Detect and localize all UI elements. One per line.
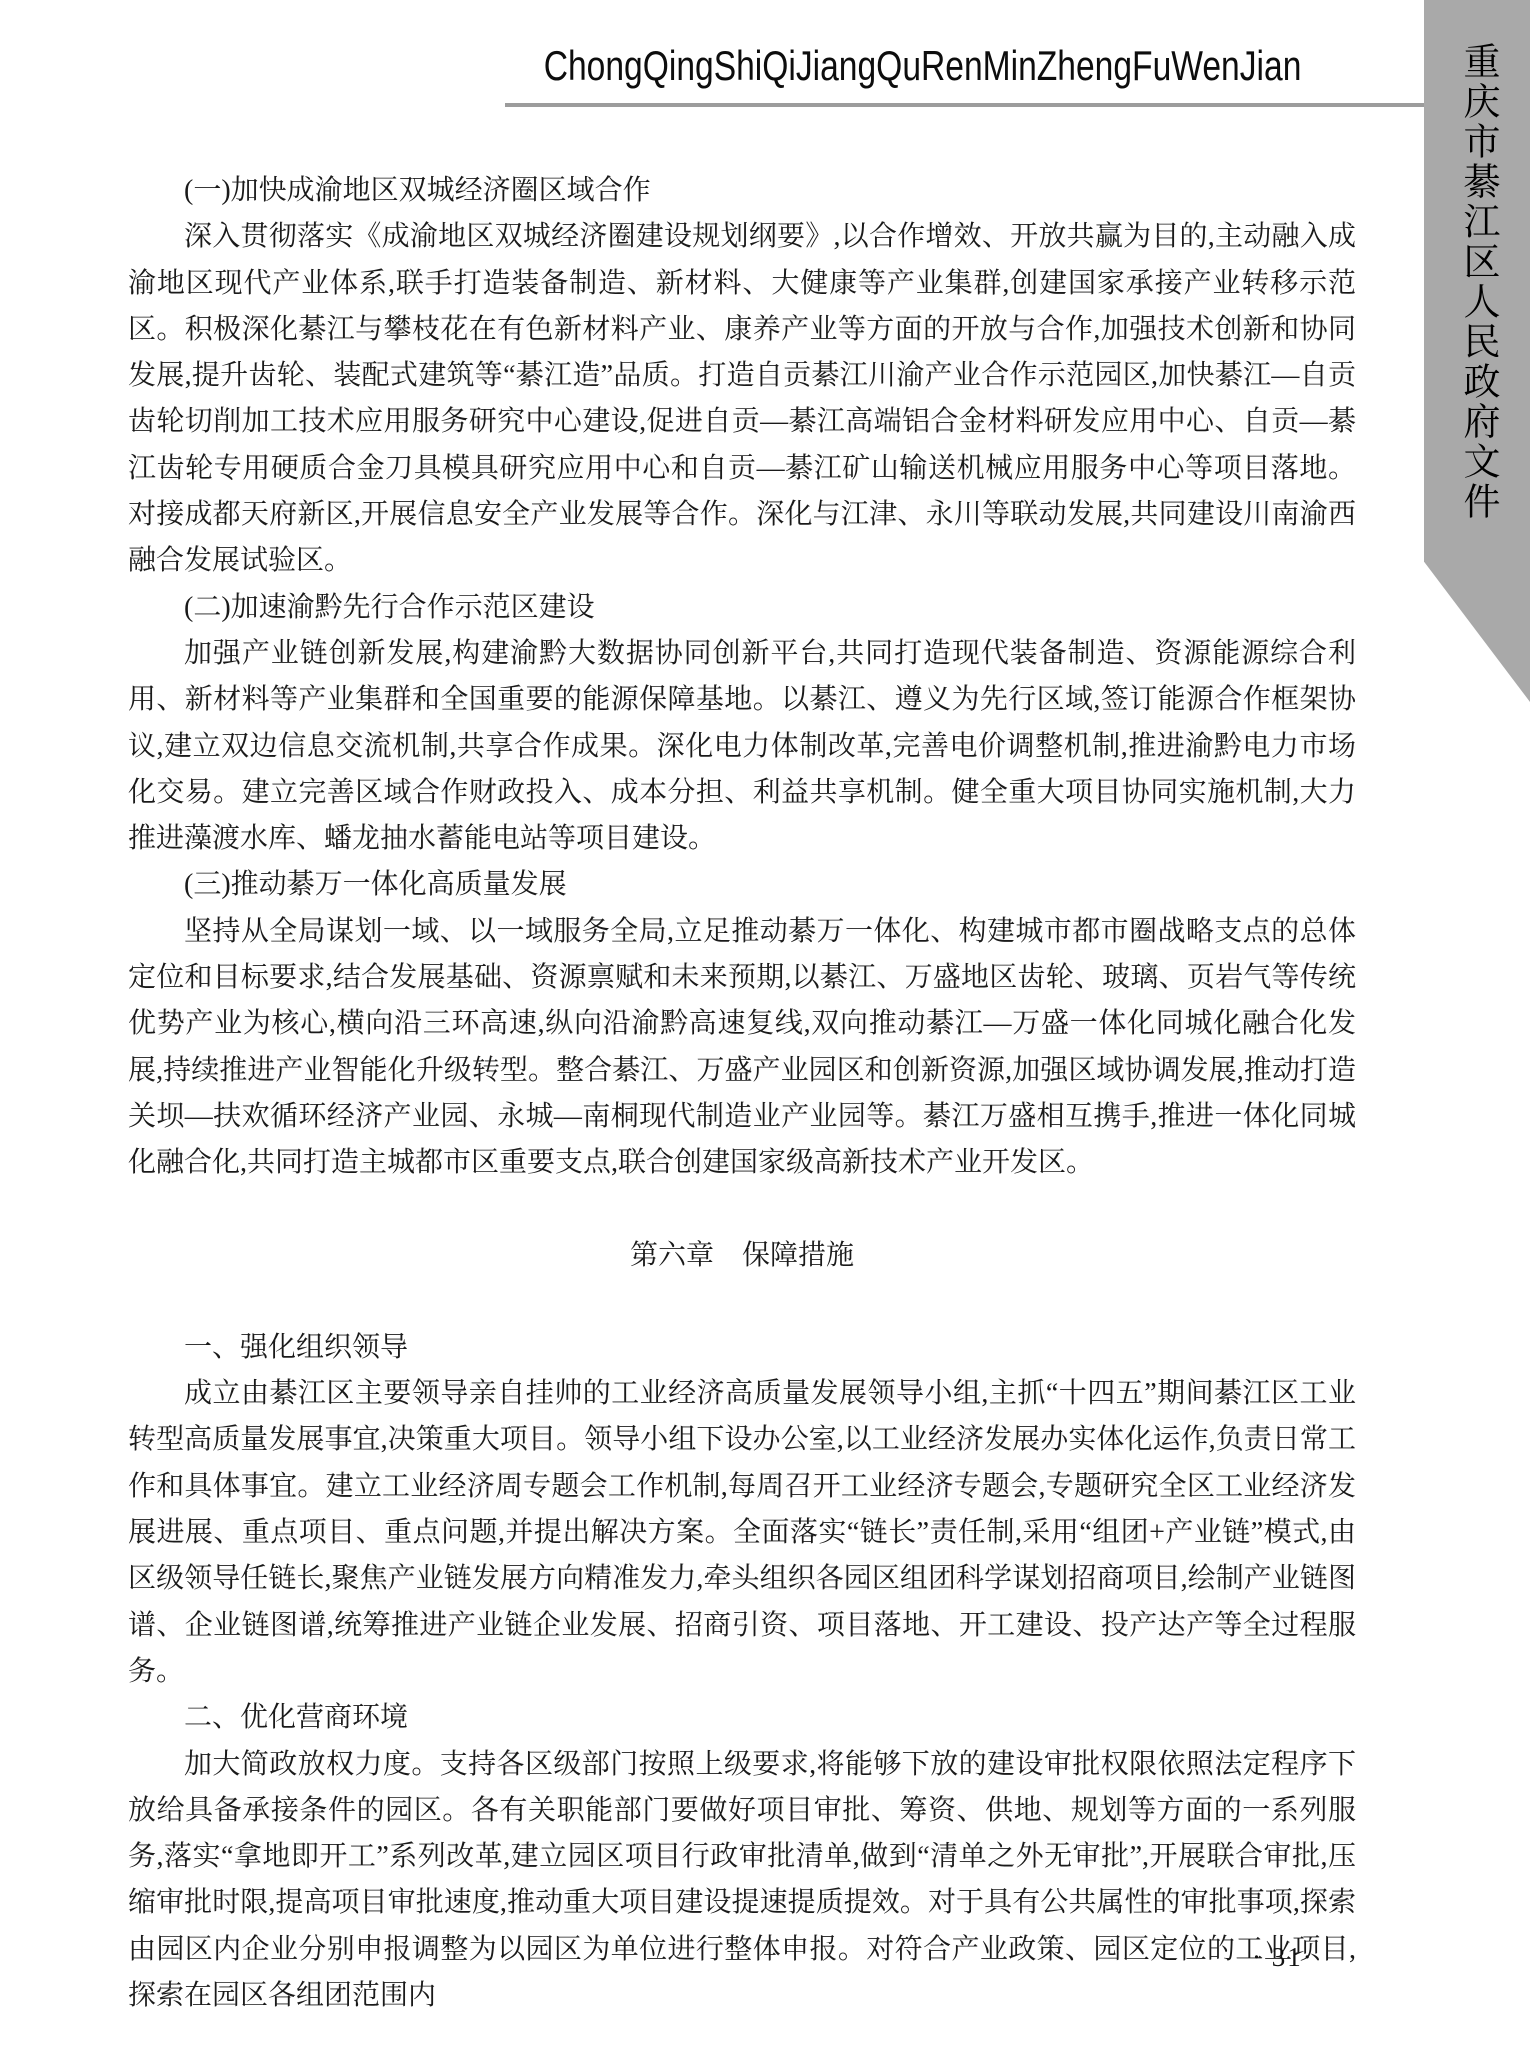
text-block: 一、强化组织领导 bbox=[128, 1325, 1356, 1371]
text-block: 二、优化营商环境 bbox=[128, 1695, 1356, 1741]
document-page: ChongQingShiQiJiangQuRenMinZhengFuWenJia… bbox=[0, 0, 1530, 2062]
header-pinyin-title: ChongQingShiQiJiangQuRenMinZhengFuWenJia… bbox=[544, 42, 1302, 90]
text-block: (三)推动綦万一体化高质量发展 bbox=[128, 862, 1356, 908]
text-block: 深入贯彻落实《成渝地区双城经济圈建设规划纲要》,以合作增效、开放共赢为目的,主动… bbox=[128, 214, 1356, 584]
text-block: (二)加速渝黔先行合作示范区建设 bbox=[128, 585, 1356, 631]
document-ribbon: 重庆市綦江区人民政府文件 bbox=[1424, 0, 1530, 702]
text-block: (一)加快成渝地区双城经济圈区域合作 bbox=[128, 168, 1356, 214]
text-block: 坚持从全局谋划一域、以一域服务全局,立足推动綦万一体化、构建城市都市圈战略支点的… bbox=[128, 909, 1356, 1187]
document-body: (一)加快成渝地区双城经济圈区域合作深入贯彻落实《成渝地区双城经济圈建设规划纲要… bbox=[128, 168, 1356, 2019]
text-block: 成立由綦江区主要领导亲自挂帅的工业经济高质量发展领导小组,主抓“十四五”期间綦江… bbox=[128, 1371, 1356, 1695]
ribbon-vertical-title: 重庆市綦江区人民政府文件 bbox=[1450, 0, 1504, 702]
page-header: ChongQingShiQiJiangQuRenMinZhengFuWenJia… bbox=[420, 42, 1425, 90]
text-block: 第六章 保障措施 bbox=[128, 1233, 1356, 1279]
page-number: · 31· bbox=[1252, 1942, 1314, 1973]
text-block: 加大简政放权力度。支持各区级部门按照上级要求,将能够下放的建设审批权限依照法定程… bbox=[128, 1742, 1356, 2020]
text-block: 加强产业链创新发展,构建渝黔大数据协同创新平台,共同打造现代装备制造、资源能源综… bbox=[128, 631, 1356, 862]
header-divider bbox=[505, 103, 1424, 107]
